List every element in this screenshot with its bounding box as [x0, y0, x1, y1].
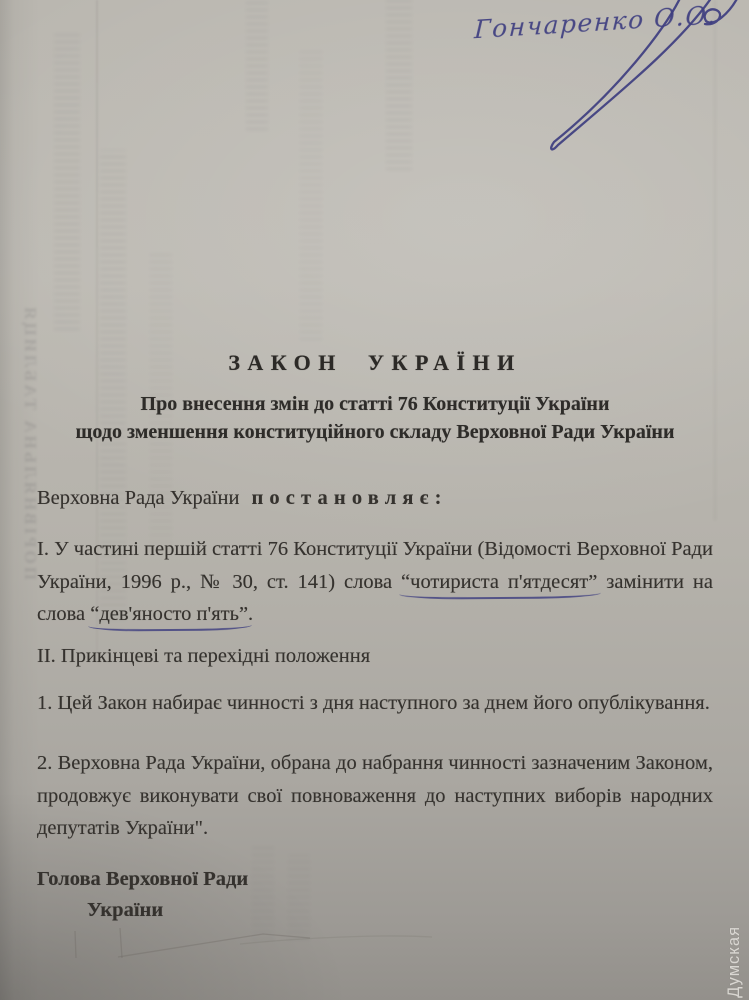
law-subtitle: Про внесення змін до статті 76 Конституц… — [37, 390, 713, 446]
enacting-subject: Верховна Рада України — [37, 487, 239, 509]
law-subtitle-line2: щодо зменшення конституційного складу Ве… — [37, 418, 713, 446]
bleed-through-heading: ПОРІВНЯЛЬНА ТАБЛИЦЯ — [6, 290, 40, 580]
paper-fold-line — [714, 0, 716, 520]
signatory-block: Голова Верховної Ради України — [37, 864, 713, 926]
law-document: ЗАКОН УКРАЇНИ Про внесення змін до статт… — [37, 0, 713, 1000]
section-2-item-2: 2. Верховна Рада України, обрана до набр… — [37, 747, 713, 845]
signatory-title-line2: України — [87, 895, 713, 926]
section-2-item-1: 1. Цей Закон набирає чинності з дня наст… — [37, 692, 713, 715]
signatory-title-line1: Голова Верховної Ради — [37, 864, 713, 895]
pen-underlined-phrase-1: “чотириста п'ятдесят” — [401, 571, 597, 593]
pen-underlined-phrase-2: “дев'яносто п'ять” — [90, 603, 248, 625]
section-1-text: . — [248, 603, 253, 625]
law-subtitle-line1: Про внесення змін до статті 76 Конституц… — [37, 390, 713, 418]
enacting-clause: Верховна Рада Українипостановляє: — [37, 487, 713, 510]
enacting-verb: постановляє: — [251, 487, 447, 509]
law-title: ЗАКОН УКРАЇНИ — [37, 350, 713, 376]
section-2-heading: ІІ. Прикінцеві та перехідні положення — [37, 645, 713, 668]
section-1-paragraph: І. У частині першій статті 76 Конституці… — [37, 533, 713, 631]
document-photo: ПОРІВНЯЛЬНА ТАБЛИЦЯ Гончаренко О.О. ЗАКО… — [0, 0, 749, 1000]
watermark: Думская — [725, 926, 744, 998]
